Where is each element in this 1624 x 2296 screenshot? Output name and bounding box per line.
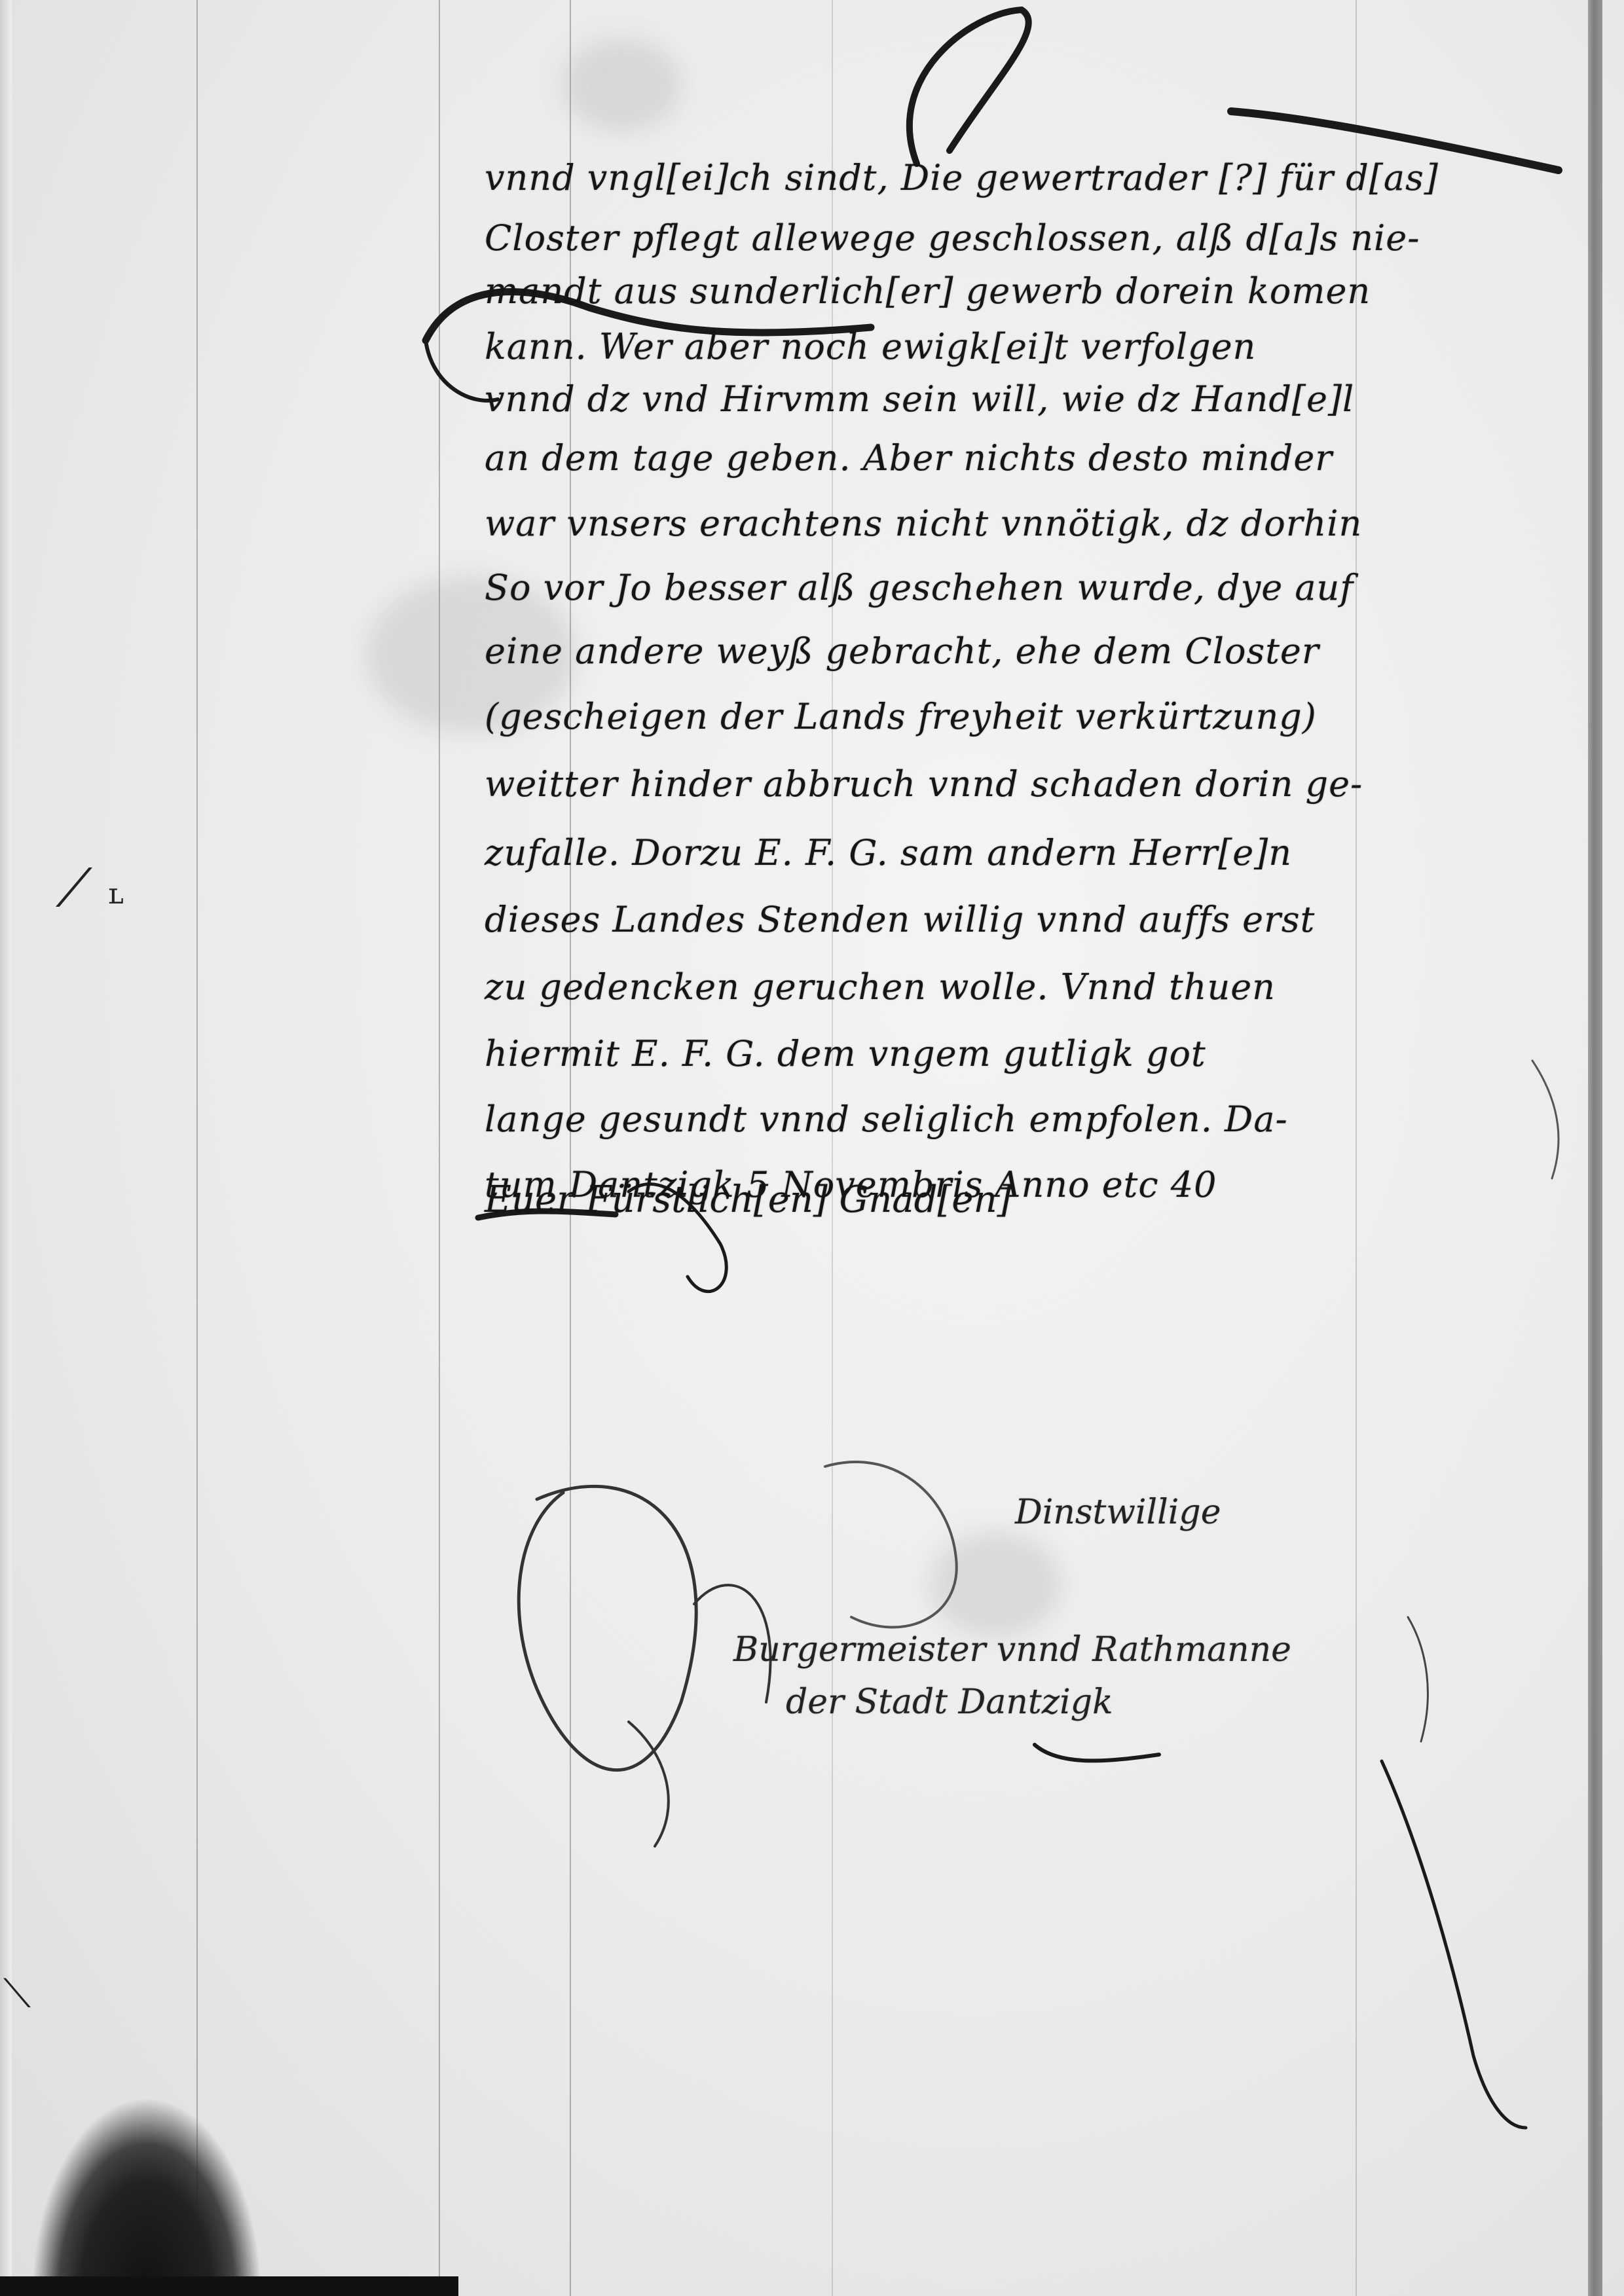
text-line: zufalle. Dorzu E. F. G. sam andern Herr[… bbox=[485, 818, 1585, 887]
closing-salutation: Euer Fürstlich[en] Gnad[en] bbox=[485, 1178, 1011, 1221]
text-line: vnnd vngl[ei]ch sindt, Die gewertrader [… bbox=[485, 141, 1585, 215]
signature-block: Dinstwillige Burgermeister vnnd Rathmann… bbox=[688, 1493, 1539, 1722]
text-line: an dem tage geben. Aber nichts desto min… bbox=[485, 426, 1585, 491]
text-line: zu gedencken geruchen wolle. Vnnd thuen bbox=[485, 953, 1585, 1021]
film-shadow-artifact-base bbox=[0, 2276, 458, 2296]
right-edge-band bbox=[1588, 0, 1602, 2296]
film-scratch bbox=[439, 0, 440, 2296]
film-shadow-artifact bbox=[0, 2014, 367, 2296]
water-stain bbox=[563, 39, 681, 131]
text-line: eine andere weyß gebracht, ehe dem Clost… bbox=[485, 619, 1585, 684]
margin-mark: ʟ bbox=[108, 877, 124, 911]
letter-body: vnnd vngl[ei]ch sindt, Die gewertrader [… bbox=[485, 141, 1585, 1218]
text-line: kann. Wer aber noch ewigk[ei]t verfolgen bbox=[485, 321, 1585, 373]
margin-mark: ⟋ bbox=[56, 858, 92, 919]
text-line: lange gesundt vnnd seliglich empfolen. D… bbox=[485, 1087, 1585, 1152]
text-line: weitter hinder abbruch vnnd schaden dori… bbox=[485, 750, 1585, 818]
margin-mark: ⟍ bbox=[3, 1971, 31, 2016]
text-line: dieses Landes Stenden willig vnnd auffs … bbox=[485, 887, 1585, 953]
signature-line-1: Dinstwillige bbox=[1015, 1493, 1539, 1532]
film-scratch bbox=[196, 0, 198, 2296]
signature-line-3: der Stadt Dantzigk bbox=[786, 1683, 1539, 1722]
text-line: Closter pflegt allewege geschlossen, alß… bbox=[485, 215, 1585, 262]
text-line: So vor Jo besser alß geschehen wurde, dy… bbox=[485, 556, 1585, 619]
page-left-edge bbox=[0, 0, 12, 2296]
text-line: vnnd dz vnd Hirvmm sein will, wie dz Han… bbox=[485, 373, 1585, 426]
text-line: mandt aus sunderlich[er] gewerb dorein k… bbox=[485, 262, 1585, 321]
text-line: war vnsers erachtens nicht vnnötigk, dz … bbox=[485, 491, 1585, 556]
signature-line-2: Burgermeister vnnd Rathmanne bbox=[733, 1630, 1539, 1669]
text-line: hiermit E. F. G. dem vngem gutligk got bbox=[485, 1021, 1585, 1087]
text-line: (gescheigen der Lands freyheit verkürtzu… bbox=[485, 684, 1585, 750]
